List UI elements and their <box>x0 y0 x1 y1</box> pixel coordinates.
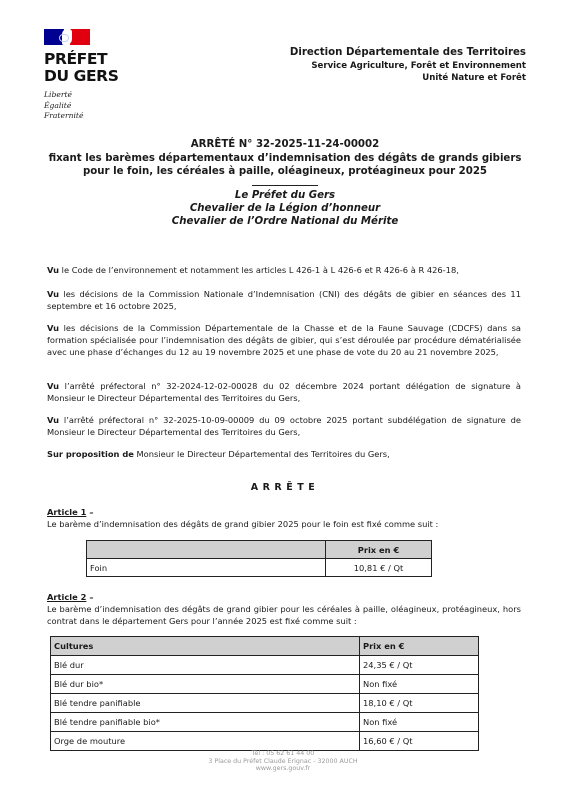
footer-phone: Tél : 05 62 61 44 00 <box>0 750 566 758</box>
table-cell: 16,60 € / Qt <box>360 732 479 751</box>
table-cell: 24,35 € / Qt <box>360 656 479 675</box>
visa-paragraph: Vu les décisions de la Commission Nation… <box>47 288 521 312</box>
prefecture-logo: PRÉFET DU GERS Liberté Égalité Fraternit… <box>44 29 134 122</box>
table-header-cell: Prix en € <box>326 541 432 559</box>
proposal-paragraph: Sur proposition de Monsieur le Directeur… <box>47 448 521 460</box>
article-2-text: Le barème d’indemnisation des dégâts de … <box>47 603 521 627</box>
arrete-heading: ARRÊTE <box>40 482 530 493</box>
table-header-row: Cultures Prix en € <box>51 637 479 656</box>
table-cell: Orge de mouture <box>51 732 360 751</box>
title-separator <box>252 185 318 186</box>
footer-website[interactable]: www.gers.gouv.fr <box>0 765 566 773</box>
table-row: Orge de mouture 16,60 € / Qt <box>51 732 479 751</box>
article-1-text: Le barème d’indemnisation des dégâts de … <box>47 518 521 530</box>
table-cell: Non fixé <box>360 713 479 732</box>
unit-name: Unité Nature et Forêt <box>290 72 526 85</box>
prefect-title: Le Préfet du Gers Chevalier de la Légion… <box>40 189 530 228</box>
table-cell: 10,81 € / Qt <box>326 559 432 577</box>
visa-paragraph: Vu l’arrêté préfectoral n° 32-2024-12-02… <box>47 380 521 404</box>
table-cell: Blé dur bio* <box>51 675 360 694</box>
service-header: Direction Départementale des Territoires… <box>290 47 526 85</box>
table-cell: Foin <box>87 559 326 577</box>
hay-price-table: Prix en € Foin 10,81 € / Qt <box>86 540 432 577</box>
table-header-row: Prix en € <box>87 541 432 559</box>
table-cell: Blé dur <box>51 656 360 675</box>
visa-paragraph: Vu l’arrêté préfectoral n° 32-2025-10-09… <box>47 414 521 438</box>
logo-title: PRÉFET DU GERS <box>44 51 134 85</box>
decree-subject-line1: fixant les barèmes départementaux d’inde… <box>40 152 530 166</box>
marianne-flag-icon <box>44 29 90 45</box>
decree-title: ARRÊTÉ N° 32-2025-11-24-00002 fixant les… <box>40 138 530 228</box>
page-footer: Tél : 05 62 61 44 00 3 Place du Préfet C… <box>0 750 566 773</box>
cereal-price-table: Cultures Prix en € Blé dur 24,35 € / Qt … <box>50 636 479 751</box>
table-header-cell <box>87 541 326 559</box>
decree-subject-line2: pour le foin, les céréales à paille, olé… <box>40 165 530 179</box>
table-cell: 18,10 € / Qt <box>360 694 479 713</box>
table-row: Foin 10,81 € / Qt <box>87 559 432 577</box>
visa-paragraph: Vu les décisions de la Commission Départ… <box>47 322 521 358</box>
footer-address: 3 Place du Préfet Claude Erignac - 32000… <box>0 758 566 766</box>
article-1-heading: Article 1– <box>47 507 94 517</box>
table-row: Blé dur 24,35 € / Qt <box>51 656 479 675</box>
direction-name: Direction Départementale des Territoires <box>290 47 526 60</box>
table-cell: Blé tendre panifiable <box>51 694 360 713</box>
table-row: Blé tendre panifiable bio* Non fixé <box>51 713 479 732</box>
table-cell: Blé tendre panifiable bio* <box>51 713 360 732</box>
table-header-cell: Cultures <box>51 637 360 656</box>
decree-number: ARRÊTÉ N° 32-2025-11-24-00002 <box>40 138 530 152</box>
table-row: Blé dur bio* Non fixé <box>51 675 479 694</box>
table-header-cell: Prix en € <box>360 637 479 656</box>
table-row: Blé tendre panifiable 18,10 € / Qt <box>51 694 479 713</box>
article-2-heading: Article 2– <box>47 592 94 602</box>
table-cell: Non fixé <box>360 675 479 694</box>
republic-motto: Liberté Égalité Fraternité <box>44 90 134 122</box>
visa-paragraph: Vu le Code de l’environnement et notamme… <box>47 264 521 276</box>
service-name: Service Agriculture, Forêt et Environnem… <box>290 60 526 73</box>
